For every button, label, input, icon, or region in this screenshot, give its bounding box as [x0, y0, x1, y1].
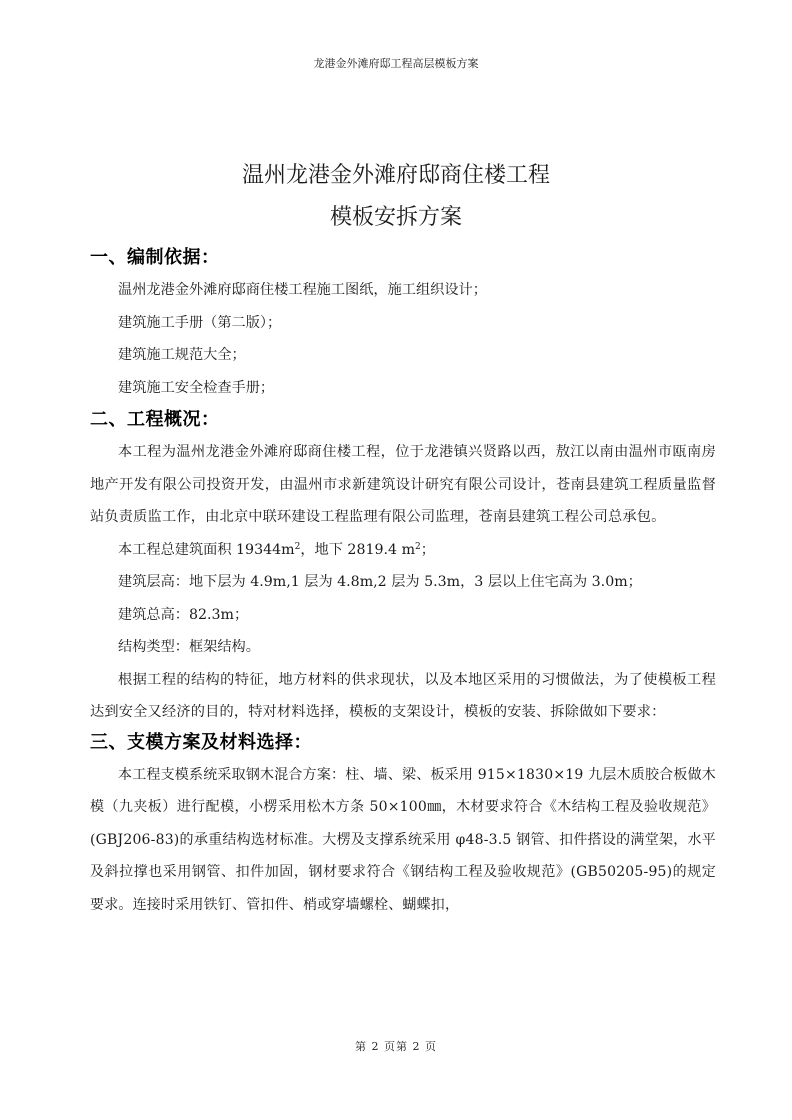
floor-height-line: 建筑层高：地下层为 4.9m,1 层为 4.8m,2 层为 5.3m，3 层以上…	[90, 566, 716, 599]
basis-item: 建筑施工手册（第二版）；	[90, 307, 716, 340]
basis-item: 温州龙港金外滩府邸商住楼工程施工图纸，施工组织设计；	[90, 274, 716, 307]
document-subtitle: 模板安拆方案	[0, 204, 792, 232]
page-number-footer: 第 2 页第 2 页	[0, 1040, 792, 1054]
building-area-line: 本工程总建筑面积 19344m2，地下 2819.4 m2；	[90, 534, 716, 567]
area-text-middle: ，地下 2819.4 m	[300, 542, 415, 558]
formwork-paragraph: 本工程支模系统采取钢木混合方案：柱、墙、梁、板采用 915×1830×19 九层…	[90, 759, 716, 922]
basis-list: 温州龙港金外滩府邸商住楼工程施工图纸，施工组织设计； 建筑施工手册（第二版）； …	[90, 274, 716, 404]
running-header: 龙港金外滩府邸工程高层模板方案	[0, 57, 792, 71]
overview-paragraph: 本工程为温州龙港金外滩府邸商住楼工程，位于龙港镇兴贤路以西，敖江以南由温州市瓯南…	[90, 436, 716, 534]
area-text-suffix: ；	[421, 542, 435, 558]
basis-item: 建筑施工安全检查手册；	[90, 372, 716, 405]
basis-item: 建筑施工规范大全；	[90, 339, 716, 372]
area-text-prefix: 本工程总建筑面积 19344m	[118, 542, 295, 558]
section-heading-overview: 二、工程概况：	[90, 406, 716, 436]
document-body: 一、编制依据： 温州龙港金外滩府邸商住楼工程施工图纸，施工组织设计； 建筑施工手…	[90, 244, 716, 921]
total-height-line: 建筑总高：82.3m；	[90, 599, 716, 632]
section-heading-formwork-materials: 三、支模方案及材料选择：	[90, 729, 716, 759]
document-title: 温州龙港金外滩府邸商住楼工程	[0, 162, 792, 190]
structure-type-line: 结构类型：框架结构。	[90, 631, 716, 664]
requirements-paragraph: 根据工程的结构的特征，地方材料的供求现状，以及本地区采用的习惯做法，为了使模板工…	[90, 664, 716, 729]
section-heading-basis: 一、编制依据：	[90, 244, 716, 274]
